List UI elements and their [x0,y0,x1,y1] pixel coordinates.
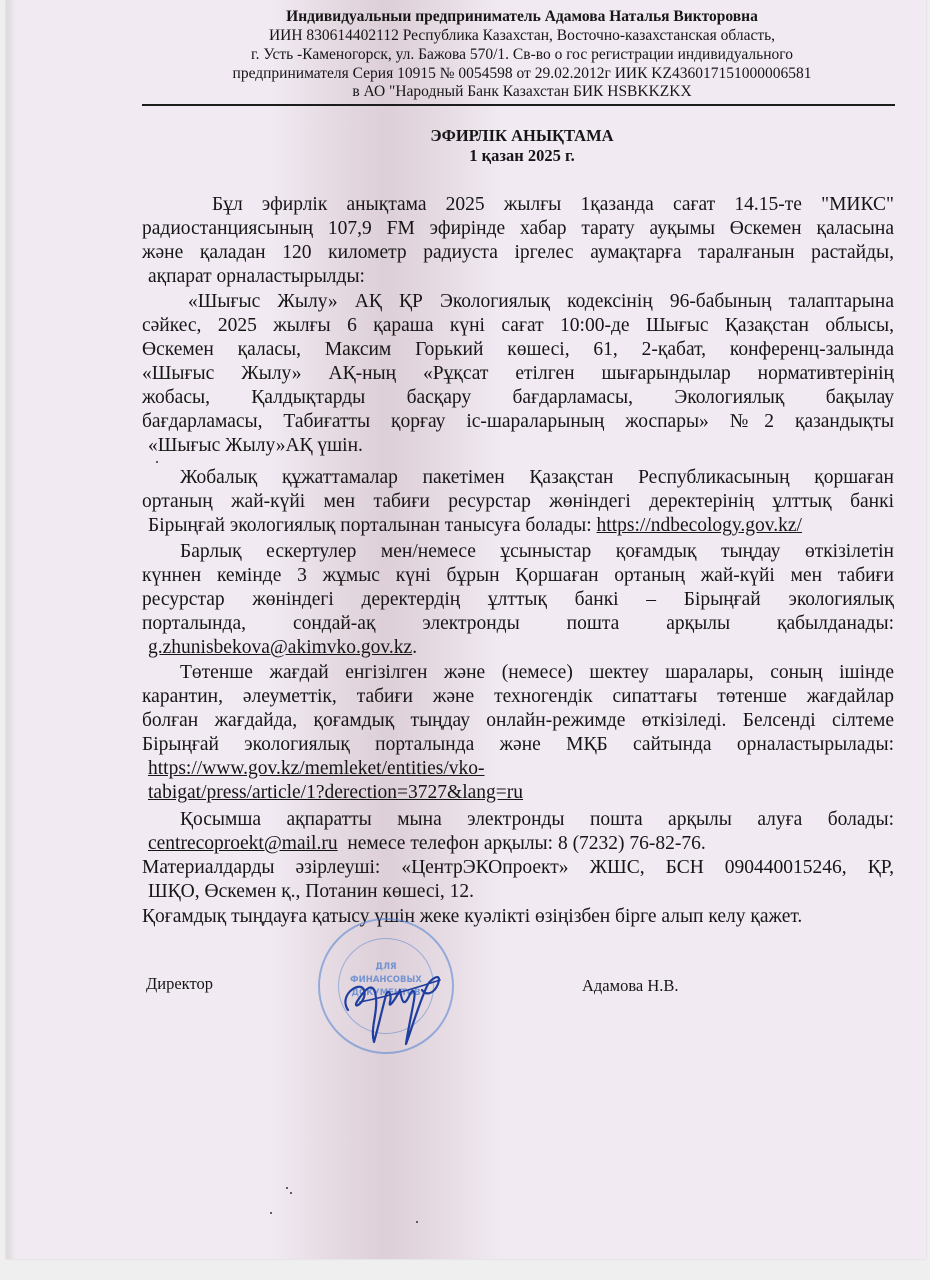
letterhead-line: ИИН 830614402112 Республика Казахстан, В… [148,26,896,46]
paragraph-line: Жобалық құжаттамалар пакетімен Қазақстан… [180,466,894,490]
punctuation: . [412,637,417,658]
handwritten-signature [330,950,460,1050]
paragraph-text: немесе телефон арқылы: 8 (7232) 76-82-76… [338,833,706,854]
email-link[interactable]: g.zhunisbekova@akimvko.gov.kz [148,637,412,658]
paragraph-line: радиостанциясының 107,9 FM эфирінде хаба… [142,217,894,241]
paragraph-line: Бұл эфирлік анықтама 2025 жылғы 1қазанда… [212,193,894,217]
paragraph-line: «Шығыс Жылу» АҚ-ның «Рұқсат етілген шыға… [142,362,894,386]
paragraph-line: ШҚО, Өскемен қ., Потанин көшесі, 12. [148,880,474,904]
paragraph-line: карантин, әлеуметтік, табиғи және техног… [142,685,894,709]
paragraph-line: болған жағдайда, қоғамдық тыңдау онлайн-… [142,709,894,733]
paragraph-line: centrecoproekt@mail.ru немесе телефон ар… [148,832,706,856]
page-edge [6,0,16,1259]
scan-speck [156,461,158,463]
scan-speck [290,1192,292,1194]
signatory-position: Директор [146,974,213,994]
scan-speck [270,1212,272,1214]
letterhead-divider [142,104,895,106]
paragraph-line: Барлық ескертулер мен/немесе ұсыныстар қ… [180,540,894,564]
letterhead-line: г. Усть -Каменогорск, ул. Бажова 570/1. … [148,45,896,65]
paragraph-line: «Шығыс Жылу»АҚ үшін. [148,434,363,458]
paragraph-line: ресурстар жөніндегі деректердің ұлттық б… [142,588,894,612]
paragraph-line: Бірыңғай экологиялық порталында және МҚБ… [142,733,894,757]
email-link[interactable]: centrecoproekt@mail.ru [148,833,338,854]
paragraph-line: бағдарламасы, Табиғатты қорғау іс-шарала… [142,410,894,434]
gov-link-part1[interactable]: https://www.gov.kz/memleket/entities/vko… [148,757,485,781]
gov-link-part2[interactable]: tabigat/press/article/1?derection=3727&l… [148,781,523,805]
paragraph-line: «Шығыс Жылу» АҚ ҚР Экологиялық кодексіні… [188,290,894,314]
paragraph-line: күннен кемінде 3 жұмыс күні бұрын Қоршағ… [142,564,894,588]
scan-speck [416,1221,418,1223]
paragraph-line: g.zhunisbekova@akimvko.gov.kz. [148,636,417,660]
paragraph-line: Өскемен қаласы, Максим Горький көшесі, 6… [142,338,894,362]
paragraph-line: ақпарат орналастырылды: [148,265,365,289]
paragraph-line: сәйкес, 2025 жылғы 6 қараша күні сағат 1… [142,314,894,338]
paragraph-line: жобасы, Қалдықтарды басқару бағдарламасы… [142,386,894,410]
paragraph-text: Бірыңғай экологиялық порталынан танысуға… [148,515,597,536]
paragraph-line: Қоғамдық тыңдауға қатысу үшін жеке куәлі… [142,905,802,929]
scan-speck [286,1187,288,1189]
letterhead-line: в АО "Народный Банк Казахстан БИК HSBKKZ… [148,82,896,102]
paragraph-line: Бірыңғай экологиялық порталынан танысуға… [148,514,802,538]
document-date: 1 қазан 2025 г. [148,146,896,166]
paragraph-line: Материалдарды әзірлеуші: «ЦентрЭКОпроект… [142,856,894,880]
letterhead-name: Индивидуальныи предприниматель Адамова Н… [148,7,896,27]
document-title: ЭФИРЛІК АНЫҚТАМА [148,126,896,146]
paragraph-line: Қосымша ақпаратты мына электронды пошта … [180,808,894,832]
letterhead-line: предпринимателя Серия 10915 № 0054598 от… [148,64,896,84]
paragraph-line: порталында, сондай-ақ электронды пошта а… [142,612,894,636]
signatory-name: Адамова Н.В. [582,976,679,996]
paragraph-line: ортаның жай-күйі мен табиғи ресурстар жө… [142,490,894,514]
paragraph-line: Төтенше жағдай енгізілген және (немесе) … [180,661,894,685]
paragraph-line: және қаладан 120 километр радиуста іргел… [142,241,894,265]
ndbecology-link[interactable]: https://ndbecology.gov.kz/ [597,515,802,536]
